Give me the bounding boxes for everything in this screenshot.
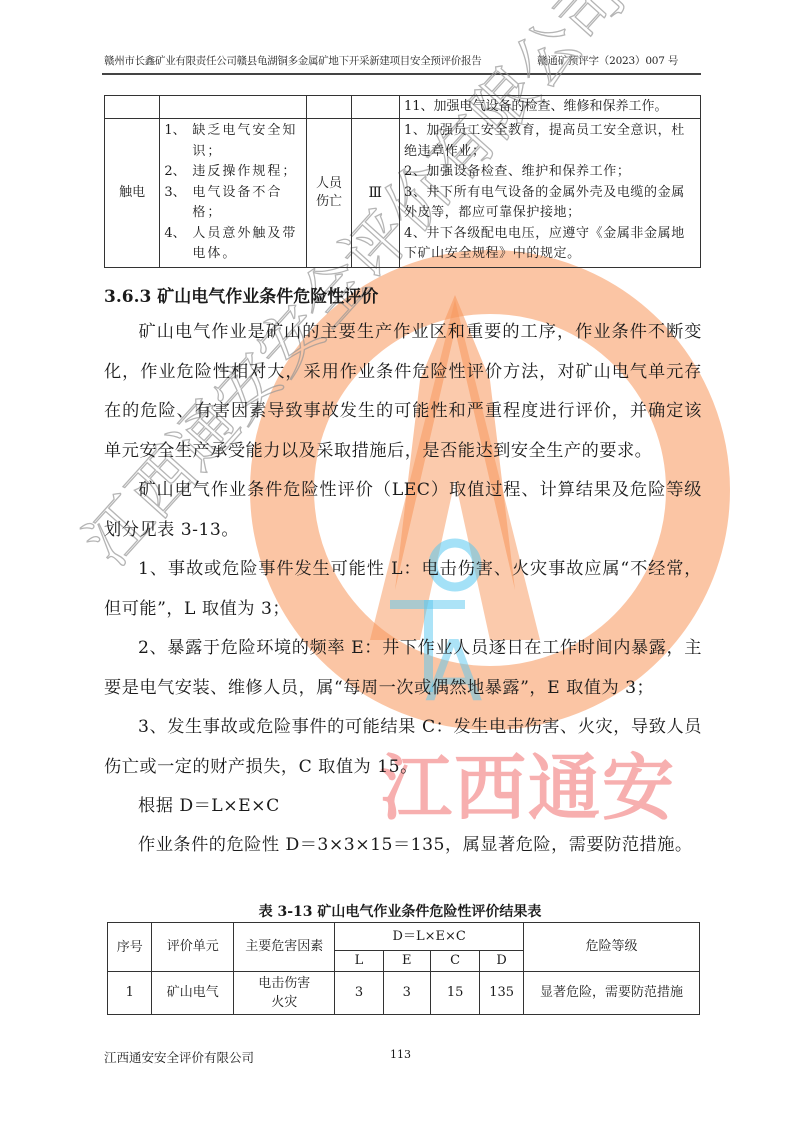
header-E: E bbox=[383, 951, 430, 972]
measure-item: 1、加强员工安全教育，提高员工安全意识，杜绝违章作业； bbox=[404, 121, 696, 162]
table-header-row: 序号 评价单元 主要危害因素 D＝L×E×C 危险等级 bbox=[108, 923, 700, 951]
header-unit: 评价单元 bbox=[152, 923, 234, 972]
result-line: 作业条件的危险性 D＝3×3×15＝135，属显著危险，需要防范措施。 bbox=[104, 826, 702, 866]
hazard-cell bbox=[105, 96, 160, 119]
cell-factors: 电击伤害 火灾 bbox=[234, 972, 335, 1015]
formula-line: 根据 D＝L×E×C bbox=[104, 787, 702, 827]
cause-item: 1、缺乏电气安全知识； bbox=[164, 121, 302, 162]
header-divider bbox=[102, 73, 701, 75]
measure-item: 2、加强设备检查、维护和保养工作； bbox=[404, 162, 696, 183]
measure-item: 4、井下各级配电电压，应遵守《金属非金属地下矿山安全规程》中的规定。 bbox=[404, 224, 696, 265]
cell-unit: 矿山电气 bbox=[152, 972, 234, 1015]
paragraph: 1、事故或危险事件发生可能性 L：电击伤害、火灾事故应属“不经常，但可能”，L … bbox=[104, 550, 702, 629]
header-formula: D＝L×E×C bbox=[335, 923, 524, 951]
report-number: 赣通矿预评字（2023）007 号 bbox=[537, 53, 678, 68]
level-cell: Ⅲ bbox=[351, 119, 399, 268]
measure-item: 3、井下所有电气设备的金属外壳及电缆的金属外皮等，都应可靠保护接地； bbox=[404, 183, 696, 224]
table-row: 11、加强电气设备的检查、维修和保养工作。 bbox=[105, 96, 701, 119]
cause-item: 2、违反操作规程； bbox=[164, 162, 302, 183]
paragraph: 3、发生事故或危险事件的可能结果 C：发生电击伤害、火灾，导致人员伤亡或一定的财… bbox=[104, 708, 702, 787]
cell-seq: 1 bbox=[108, 972, 152, 1015]
table-row: 1 矿山电气 电击伤害 火灾 3 3 15 135 显著危险，需要防范措施 bbox=[108, 972, 700, 1015]
cell-C: 15 bbox=[430, 972, 479, 1015]
hazard-measures-table: 11、加强电气设备的检查、维修和保养工作。 触电 1、缺乏电气安全知识； 2、违… bbox=[104, 95, 701, 268]
cell-L: 3 bbox=[335, 972, 383, 1015]
section-heading: 3.6.3 矿山电气作业条件危险性评价 bbox=[104, 282, 378, 307]
header-L: L bbox=[335, 951, 383, 972]
cause-item: 3、电气设备不合格； bbox=[164, 183, 302, 224]
header-level: 危险等级 bbox=[524, 923, 700, 972]
header-factors: 主要危害因素 bbox=[234, 923, 335, 972]
paragraph: 2、暴露于危险环境的频率 E：井下作业人员逐日在工作时间内暴露，主要是电气安装、… bbox=[104, 629, 702, 708]
paragraph: 矿山电气作业条件危险性评价（LEC）取值过程、计算结果及危险等级划分见表 3-1… bbox=[104, 471, 702, 550]
measures-cell: 11、加强电气设备的检查、维修和保养工作。 bbox=[399, 96, 700, 119]
paragraph: 矿山电气作业是矿山的主要生产作业区和重要的工序，作业条件不断变化，作业危险性相对… bbox=[104, 313, 702, 471]
header-seq: 序号 bbox=[108, 923, 152, 972]
footer-company: 江西通安安全评价有限公司 bbox=[104, 1048, 254, 1066]
factor-item: 火灾 bbox=[236, 993, 332, 1012]
header-D: D bbox=[480, 951, 524, 972]
factor-item: 电击伤害 bbox=[236, 974, 332, 993]
cell-D: 135 bbox=[480, 972, 524, 1015]
measures-cell: 1、加强员工安全教育，提高员工安全意识，杜绝违章作业； 2、加强设备检查、维护和… bbox=[399, 119, 700, 268]
cell-E: 3 bbox=[383, 972, 430, 1015]
lec-result-table: 序号 评价单元 主要危害因素 D＝L×E×C 危险等级 L E C D 1 矿山… bbox=[107, 922, 700, 1015]
page-number: 113 bbox=[390, 1048, 411, 1061]
consequence-cell: 人员伤亡 bbox=[307, 119, 351, 268]
report-title: 赣州市长鑫矿业有限责任公司赣县龟湖铜多金属矿地下开采新建项目安全预评价报告 bbox=[104, 53, 481, 68]
cell-level: 显著危险，需要防范措施 bbox=[524, 972, 700, 1015]
hazard-cell: 触电 bbox=[105, 119, 160, 268]
causes-cell bbox=[160, 96, 307, 119]
causes-cell: 1、缺乏电气安全知识； 2、违反操作规程； 3、电气设备不合格； 4、人员意外触… bbox=[160, 119, 307, 268]
table-caption: 表 3-13 矿山电气作业条件危险性评价结果表 bbox=[0, 901, 800, 921]
cause-item: 4、人员意外触及带电体。 bbox=[164, 224, 302, 265]
consequence-cell bbox=[307, 96, 351, 119]
level-cell bbox=[351, 96, 399, 119]
header-C: C bbox=[430, 951, 479, 972]
table-row: 触电 1、缺乏电气安全知识； 2、违反操作规程； 3、电气设备不合格； 4、人员… bbox=[105, 119, 701, 268]
